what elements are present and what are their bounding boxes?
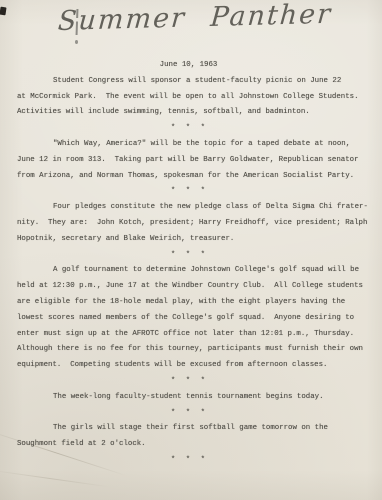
- paragraph-golf-line: enter must sign up at the AFROTC office …: [17, 327, 368, 343]
- paragraph-pledges-line: Hopotnik, secretary and Blake Weirich, t…: [17, 232, 368, 248]
- paragraph-picnic-line: Student Congress will sponsor a student-…: [17, 74, 368, 90]
- paragraph-golf-line: lowest scores named members of the Colle…: [17, 311, 368, 327]
- scanned-newsletter-page: Summer Panther June 10, 1963 Student Con…: [0, 0, 382, 500]
- paper-crease: [0, 470, 109, 488]
- asterisk-separator: * * *: [17, 248, 368, 264]
- handwritten-title: Summer Panther: [57, 0, 359, 37]
- paragraph-golf-line: equipment. Competing students will be ex…: [17, 358, 368, 374]
- paragraph-golf-line: Although there is no fee for this tourne…: [17, 342, 368, 358]
- paragraph-tennis-line: The week-long faculty-student tennis tou…: [17, 390, 368, 406]
- date-line: June 10, 1963: [17, 58, 368, 74]
- paragraph-golf-line: are eligible for the 18-hole medal play,…: [17, 295, 368, 311]
- paragraph-picnic-line: Activities will include swimming, tennis…: [17, 105, 368, 121]
- paragraph-debate-line: from Arizona, and Norman Thomas, spokesm…: [17, 169, 368, 185]
- paragraph-picnic-line: at McCormick Park. The event will be ope…: [17, 90, 368, 106]
- typewritten-body: June 10, 1963 Student Congress will spon…: [0, 58, 382, 469]
- paragraph-golf-line: held at 12:30 p.m., June 17 at the Windb…: [17, 279, 368, 295]
- asterisk-separator: * * *: [17, 184, 368, 200]
- paragraph-debate-line: "Which Way, America?" will be the topic …: [17, 137, 368, 153]
- paragraph-golf-line: A golf tournament to determine Johnstown…: [17, 263, 368, 279]
- asterisk-separator: * * *: [17, 453, 368, 469]
- staple-mark: [0, 7, 7, 16]
- asterisk-separator: * * *: [17, 374, 368, 390]
- asterisk-separator: * * *: [17, 406, 368, 422]
- paragraph-softball-line: Soughmont field at 2 o'clock.: [17, 437, 368, 453]
- paragraph-pledges-line: nity. They are: John Kotch, president; H…: [17, 216, 368, 232]
- asterisk-separator: * * *: [17, 121, 368, 137]
- paragraph-pledges-line: Four pledges constitute the new pledge c…: [17, 200, 368, 216]
- paragraph-softball-line: The girls will stage their first softbal…: [17, 421, 368, 437]
- paragraph-debate-line: June 12 in room 313. Taking part will be…: [17, 153, 368, 169]
- pencil-tick-dot: [75, 40, 78, 44]
